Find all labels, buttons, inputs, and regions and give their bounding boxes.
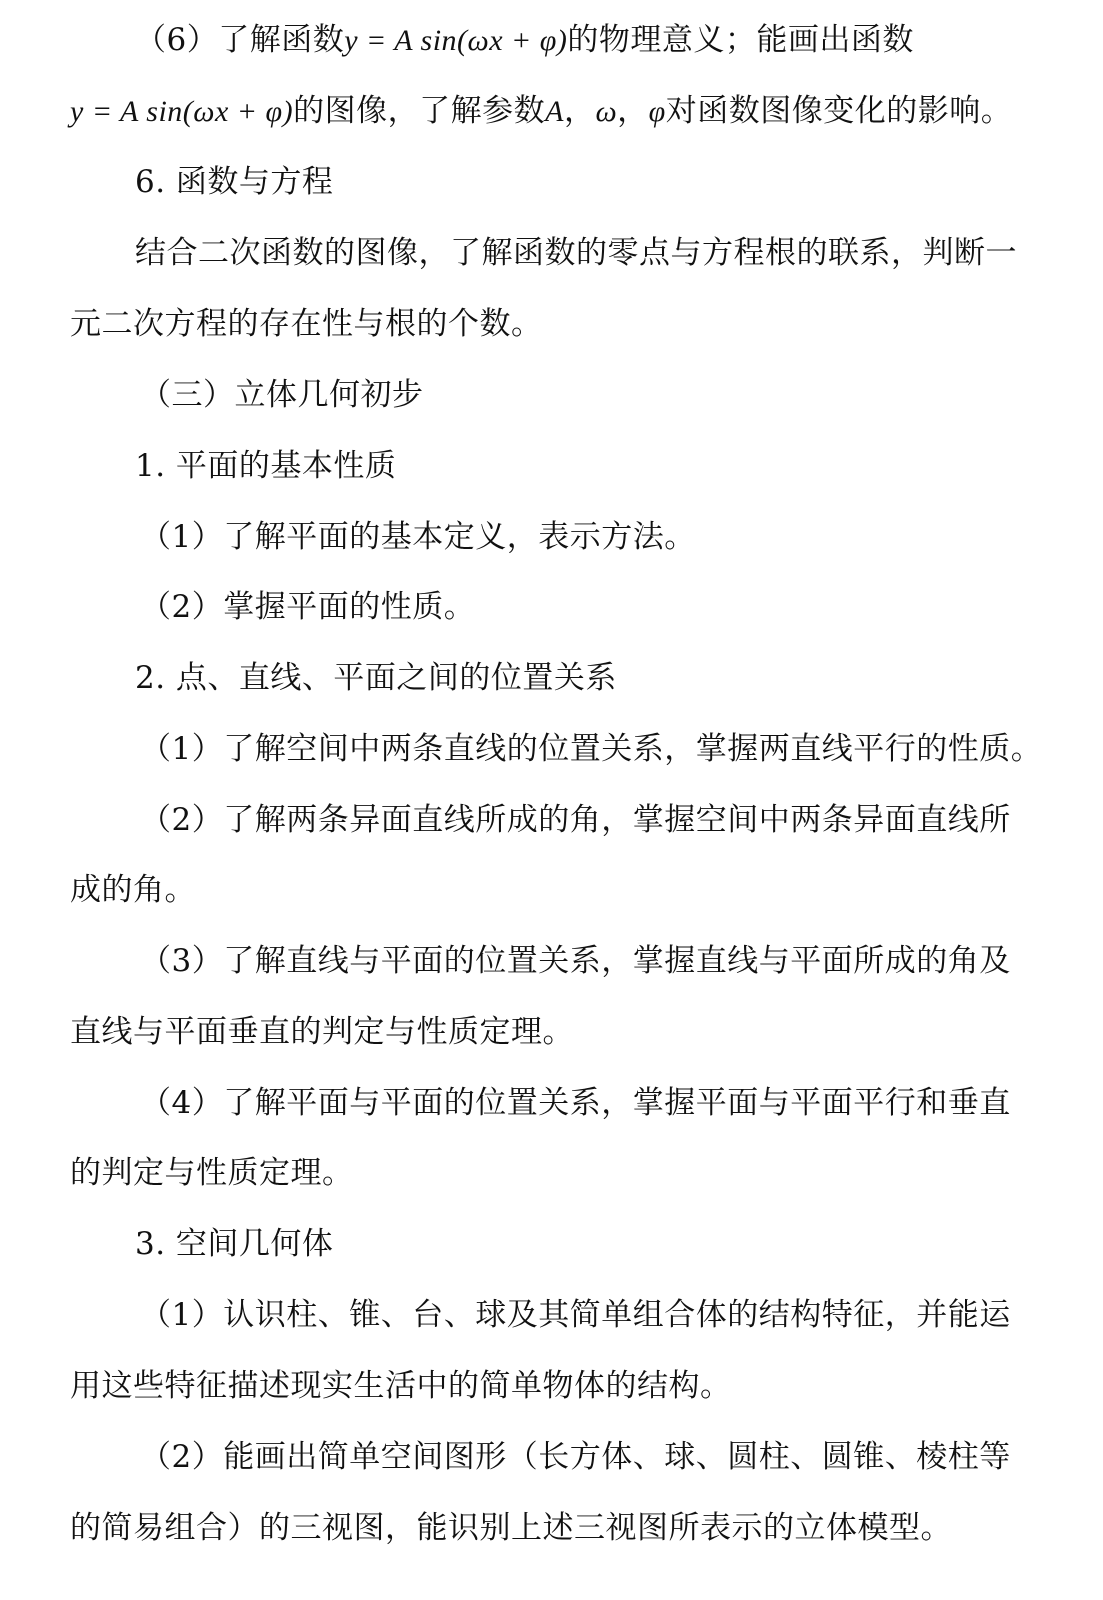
line-text: 的图像，了解参数	[293, 93, 545, 129]
paragraph-line: 成的角。	[70, 865, 196, 915]
paragraph-line: 的判定与性质定理。	[70, 1148, 354, 1198]
math-param-a: A	[545, 95, 564, 128]
paragraph-line: （3）了解直线与平面的位置关系，掌握直线与平面所成的角及	[140, 936, 1011, 986]
item-label: （6）了解函数	[135, 22, 344, 58]
document-page: （6）了解函数y = A sin(ωx + φ)的物理意义；能画出函数 y = …	[0, 0, 1103, 1600]
line-text: 的物理意义；能画出函数	[567, 22, 914, 58]
math-formula: y = A sin(ωx + φ)	[70, 95, 293, 128]
paragraph-line: （2）能画出简单空间图形（长方体、球、圆柱、圆锥、棱柱等	[140, 1432, 1011, 1482]
paragraph-line: 的简易组合）的三视图，能识别上述三视图所表示的立体模型。	[70, 1503, 952, 1553]
section-heading: 2. 点、直线、平面之间的位置关系	[135, 653, 617, 703]
paragraph-line: （1）了解平面的基本定义，表示方法。	[140, 512, 696, 562]
paragraph-line: （4）了解平面与平面的位置关系，掌握平面与平面平行和垂直	[140, 1078, 1011, 1128]
chapter-heading: （三）立体几何初步	[140, 370, 424, 420]
paragraph-line: （2）了解两条异面直线所成的角，掌握空间中两条异面直线所	[140, 795, 1011, 845]
paragraph-line: 用这些特征描述现实生活中的简单物体的结构。	[70, 1361, 732, 1411]
math-formula: y = A sin(ωx + φ)	[344, 24, 567, 57]
section-heading: 3. 空间几何体	[135, 1219, 333, 1269]
math-param-omega: ω	[595, 95, 617, 128]
paragraph-line: （1）了解空间中两条直线的位置关系，掌握两直线平行的性质。	[140, 724, 1042, 774]
separator: ，	[617, 93, 649, 129]
paragraph-line: y = A sin(ωx + φ)的图像，了解参数A，ω，φ对函数图像变化的影响…	[70, 86, 1012, 136]
separator: ，	[564, 93, 596, 129]
paragraph-line: （1）认识柱、锥、台、球及其简单组合体的结构特征，并能运	[140, 1290, 1011, 1340]
paragraph-line: （2）掌握平面的性质。	[140, 582, 475, 632]
section-heading: 1. 平面的基本性质	[135, 441, 396, 491]
line-text: 对函数图像变化的影响。	[666, 93, 1013, 129]
paragraph-line: 结合二次函数的图像，了解函数的零点与方程根的联系，判断一	[135, 228, 1017, 278]
section-heading: 6. 函数与方程	[135, 157, 333, 207]
paragraph-line: （6）了解函数y = A sin(ωx + φ)的物理意义；能画出函数	[135, 15, 914, 65]
math-param-phi: φ	[649, 95, 666, 128]
paragraph-line: 直线与平面垂直的判定与性质定理。	[70, 1007, 574, 1057]
paragraph-line: 元二次方程的存在性与根的个数。	[70, 299, 543, 349]
